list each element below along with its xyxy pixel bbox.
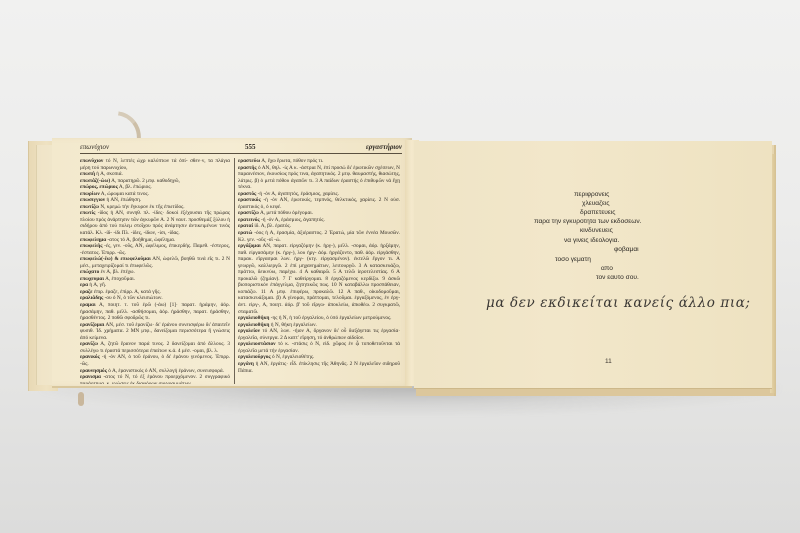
dictionary-page: επωνύχιον 555 εργαστήριον επωνύχιον τό Ν… [52,138,412,388]
entry-definition: Α, ἐποχοῦμαι. [104,276,135,282]
entry-definition: ἡ ΑΝ, ἐργάτις· εἶδ. ἐπίκλησις τῆς Ἀθηνᾶς… [238,361,400,374]
entry-headword: εργαλειοθήκη [238,315,269,321]
dictionary-column-2: εραστεύω Α, ἔχω ἔρωτα, πόθον πρός τι.ερα… [238,158,400,384]
poem-line: απο [601,265,613,272]
poem-line: τοσο γεματη [555,256,591,263]
dictionary-page-number: 555 [245,143,256,151]
entry-definition: Α, ζητῶ ἔρανον παρά τινος. 2 δανείζομαι … [80,341,230,354]
entry-headword: εραστεύω [238,158,260,164]
entry-headword: επωχευμαι [80,276,104,282]
entry-headword: εραστής [238,165,257,171]
entry-headword: ερα [80,282,88,288]
poem-line: να γινεις ιδεολογια. [564,237,619,244]
entry-definition: ἡ Ν, θήκη ἐργαλείων. [269,322,316,328]
dictionary-entry: ερανικός -ή -όν ΑΝ, ὁ τοῦ ἐράνου, ὁ δι' … [80,354,230,367]
entry-definition: Α, βλ. ἐπώριος. [118,184,152,190]
dictionary-entry: εργάζομαι ΑΝ, παρατ. εἰργαζόμην (κ. ἠργ-… [238,243,400,315]
entry-definition: Α, ώρωμαι κατά τινος. [100,191,149,197]
poem-page: περιφρονεις χλευαζεις δραπετευεις παρα τ… [414,141,772,389]
dictionary-column-1: επωνύχιον τό Ν, λεπτές ώχρ καλύπτων τά ὀ… [80,158,230,384]
entry-headword: εραταί [238,223,253,229]
entry-headword: εργάζομαι [238,243,261,249]
dictionary-page-header: επωνύχιον 555 εργαστήριον [80,142,402,154]
entry-definition: Α, ἔχω ἔρωτα, πόθον πρός τι. [260,158,323,164]
entry-headword: εραστίζω [238,210,259,216]
entry-headword: εργαλειούργος [238,354,271,360]
entry-headword: εραλιάδης [80,295,103,301]
bookmark-thread-bottom [78,392,84,406]
entry-headword: επωφελώ(-έω) & επωφελούμαι [80,256,151,262]
entry-definition: Ν, κρεμώ τήν ἔγκυρον ἐκ τῆς ἐπωτίδος. [99,204,185,210]
entry-definition: -ίδος ἡ ΑΝ, συνηθ. πλ. -ίδες· δοκοί ἐξέχ… [80,210,230,236]
entry-definition: -ης ἡ Ν, ἡ τοῦ ἐργαλείου, ὁ ὑπό ἐργαλείω… [269,315,391,321]
poem-line: περιφρονεις [574,191,609,198]
entry-definition: -ατος τό Α, βοήθημα, ὠφέλημα. [106,237,175,243]
dictionary-entry: επωτίς -ίδος ἡ ΑΝ, συνηθ. πλ. -ίδες· δοκ… [80,210,230,236]
dictionary-entry: εργαλείον τό ΑΝ, λων. -ήιον Α, ὄργανον δ… [238,328,400,341]
header-headword-left: επωνύχιον [80,143,109,151]
entry-definition: ὁ Ν, ἐργαλειοθέτης. [271,354,315,360]
entry-headword: ερανίζομαι [80,322,104,328]
entry-headword: επωνύχιον [80,158,103,164]
entry-headword: ερανισμα [80,374,101,380]
poem-line: κινδυνευεις [580,227,613,234]
dictionary-entry: εργαλειοστάσιον τό κ. -στάσις ὁ Ν, εἰδ. … [238,341,400,354]
entry-definition: ἐν Α, βλ. ἐπέχω. [99,269,135,275]
dictionary-entry: εραστικός -ή -όν ΑΝ, ἐρωτικός, τερπνός, … [238,197,400,210]
entry-headword: εραμαι [80,302,96,308]
entry-definition: ἡ Α, σκοπιά. [95,171,123,177]
entry-definition: ὁ ΑΝ, θηλ. -ίς Α κ. -άστρια Ν, ἐπί προσώ… [238,165,400,191]
entry-headword: εραυνησμός [80,368,107,374]
entry-headword: επωτίζω [80,204,99,210]
dictionary-entry: επωφελής -ές, γεν. -οῦς, ΑΝ, ὠφέλιμος, ἐ… [80,243,230,256]
entry-definition: -ή -όν Α, ἀγαπητός, ἐράσμιος, χαρίεις. [256,191,339,197]
dictionary-entry: ερανίζω Α, ζητῶ ἔρανον παρά τινος. 2 δαν… [80,341,230,354]
entry-headword: ερανίζω [80,341,98,347]
entry-definition: ΑΝ, παρατ. εἰργαζόμην (κ. ἠργ-), μέλλ. -… [238,243,400,314]
entry-headword: εργάνη [238,361,254,367]
dictionary-entry: εργάνη ἡ ΑΝ, ἐργάτις· εἶδ. ἐπίκλησις τῆς… [238,361,400,374]
entry-definition: -ή -όν ΑΝ, ἐρωτικός, τερπνός, θελκτικός,… [238,197,400,210]
entry-definition: ἡ ΑΝ, ἐπώθηση. [105,197,141,203]
entry-headword: εραστικός [238,197,261,203]
entry-definition: ἡ Α, γῆ. [88,282,106,288]
dictionary-entry: ερανισμα -ατος τό Ν, τό ἐξ ἐράνου προερχ… [80,374,230,384]
entry-definition: Α, ποιητ. τ. τοῦ ἐρῶ (-άω) [1]· παρατ. ἠ… [80,302,230,321]
entry-headword: επωφελημα [80,237,106,243]
entry-headword: επωφελής [80,243,102,249]
dictionary-entry: ερανίζομαι ΑΝ, μέσ. τοῦ ἐρανίζω· δι' ἐρά… [80,322,230,342]
entry-headword: επωπή [80,171,95,177]
poem-line: δραπετευεις [580,209,615,216]
entry-definition: -ές, γεν. -οῦς, ΑΝ, ὠφέλιμος, ἐπικερδής.… [80,243,230,256]
entry-definition: τό Ν, λεπτές ώχρ καλύπτων τά ὀπί- σθεν·ν… [80,158,230,171]
dictionary-entry: εραστής ὁ ΑΝ, θηλ. -ίς Α κ. -άστρια Ν, ἐ… [238,165,400,191]
poem-line: τον εαυτο σου. [596,274,639,281]
entry-definition: ὁ Α, ἐρανιστικός ὁ ΑΝ, συλλογή ἐράνων, σ… [107,368,224,374]
dictionary-entry: επωφελώ(-έω) & επωφελούμαι ΑΝ, ὠφελῶ, βο… [80,256,230,269]
entry-headword: ερατώ [238,230,252,236]
dictionary-entry: ερατώ -όος ἡ Α, ἐρασμία, ἀξιέραστος. 2 Ἐ… [238,230,400,243]
entry-headword: ερανικός [80,354,100,360]
poem: περιφρονεις χλευαζεις δραπετευεις παρα τ… [414,141,772,388]
entry-definition: τό ΑΝ, λων. -ήιον Α, ὄργανον δι' οὗ διεξ… [238,328,400,341]
entry-headword: επώρος, επώριος [80,184,118,190]
entry-definition: -ή -όν ΑΝ, ὁ τοῦ ἐράνου, ὁ δι' ἐράνου γι… [80,354,230,367]
entry-definition: ἰδ. Α, βλ. ἐρατός. [253,223,291,229]
column-divider [234,158,235,384]
poem-line: χλευαζεις [582,200,610,207]
entry-headword: επωτίς [80,210,95,216]
entry-headword: εραστός [238,191,256,197]
entry-headword: εργαλειοστάσιον [238,341,276,347]
entry-headword: επωρίων [80,191,100,197]
dictionary-entry: εραμαι Α, ποιητ. τ. τοῦ ἐρῶ (-άω) [1]· π… [80,302,230,322]
entry-definition: -ου ὁ Ν, ὁ τῶν κλεισιώτων. [103,295,162,301]
entry-definition: -όος ἡ Α, ἐρασμία, ἀξιέραστος. 2 Ἐρατώ, … [238,230,400,243]
handwritten-line: μα δεν εκδικείται κανείς άλλο πια; [486,295,751,311]
poem-page-number: 11 [605,358,612,365]
entry-headword: εργαλειοθήκη [238,322,269,328]
entry-definition: -ατος τό Ν, τό ἐξ ἐράνου προερχόμενον. 2… [80,374,230,384]
entry-definition: Α, μετά πόθου ὀρέγομαι. [259,210,313,216]
photo-scene: επωνύχιον 555 εργαστήριον επωνύχιον τό Ν… [0,0,800,533]
entry-headword: επώχατο [80,269,99,275]
dictionary-entry: επωνύχιον τό Ν, λεπτές ώχρ καλύπτων τά ὀ… [80,158,230,171]
entry-headword: επωπάζ(-ώω) [80,178,110,184]
poem-line: παρα την εγκυροτητα των εκδοσεων. [534,218,642,225]
poem-line: φοβαμαι [614,246,639,253]
entry-headword: εργαλείον [238,328,260,334]
entry-definition: Α, παρατηρῶ. 2 μτφ. καθοδηγῶ, [110,178,180,184]
entry-headword: επωσιγγιον [80,197,105,203]
header-headword-right: εργαστήριον [366,143,402,151]
